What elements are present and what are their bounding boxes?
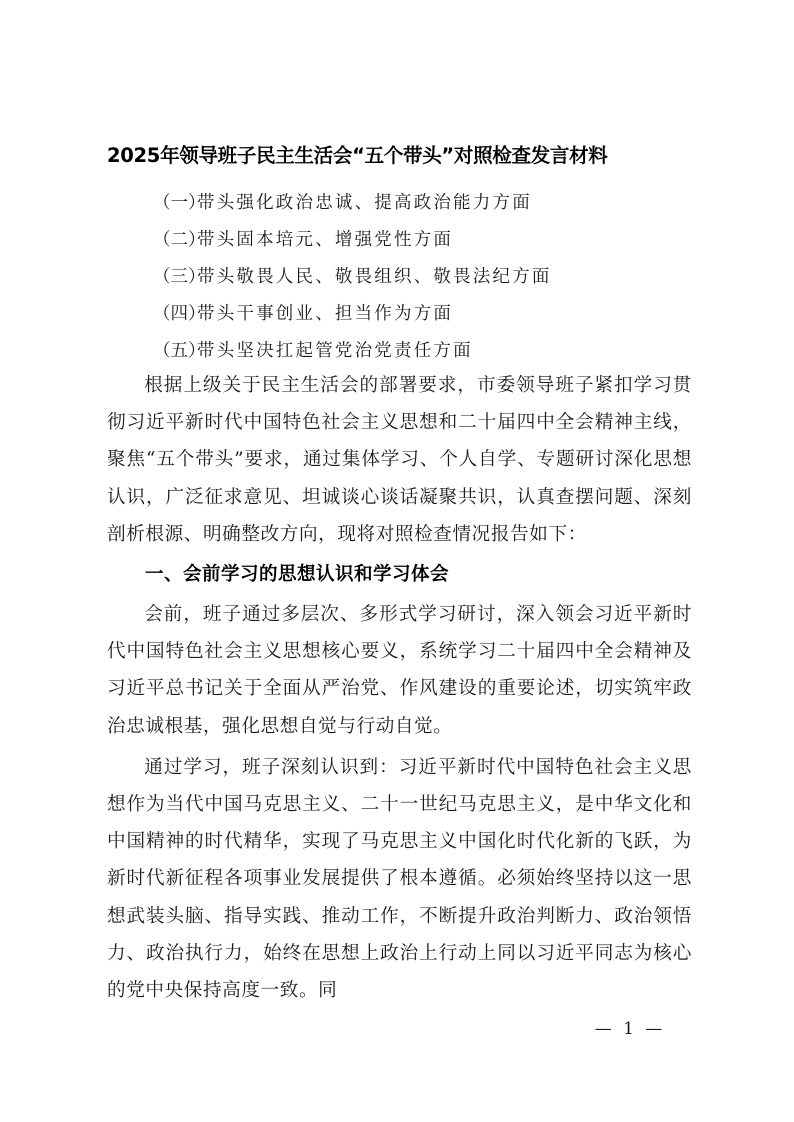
outline-item-text: 带头强化政治忠诚、提高政治能力方面 xyxy=(197,193,532,213)
document-title: 2025年领导班子民主生活会“五个带头”对照检查发言材料 xyxy=(107,142,707,170)
outline-item: （三）带头敬畏人民、敬畏组织、敬畏法纪方面 xyxy=(153,263,693,300)
outline-item-number: （二） xyxy=(153,226,197,254)
intro-section: 根据上级关于民主生活会的部署要求，市委领导班子紧扣学习贯彻习近平新时代中国特色社… xyxy=(107,367,692,553)
outline-item-number: （五） xyxy=(153,337,197,365)
section-body: 会前，班子通过多层次、多形式学习研讨，深入领会习近平新时代中国特色社会主义思想核… xyxy=(107,596,692,1009)
outline-list: （一）带头强化政治忠诚、提高政治能力方面 （二）带头固本培元、增强党性方面 （三… xyxy=(153,189,693,374)
outline-item-number: （三） xyxy=(153,263,197,291)
outline-item: （二）带头固本培元、增强党性方面 xyxy=(153,226,693,263)
outline-item-number: （一） xyxy=(153,189,197,217)
outline-item-text: 带头干事创业、担当作为方面 xyxy=(197,304,453,324)
outline-item: （四）带头干事创业、担当作为方面 xyxy=(153,300,693,337)
outline-item-text: 带头敬畏人民、敬畏组织、敬畏法纪方面 xyxy=(197,267,552,287)
outline-item-text: 带头固本培元、增强党性方面 xyxy=(197,230,453,250)
outline-item-text: 带头坚决扛起管党治党责任方面 xyxy=(197,341,473,361)
document-page: 2025年领导班子民主生活会“五个带头”对照检查发言材料 （一）带头强化政治忠诚… xyxy=(0,0,794,1122)
body-paragraph: 通过学习，班子深刻认识到：习近平新时代中国特色社会主义思想作为当代中国马克思主义… xyxy=(107,749,692,1009)
section-heading: 一、会前学习的思想认识和学习体会 xyxy=(145,560,449,590)
outline-item-number: （四） xyxy=(153,300,197,328)
intro-paragraph: 根据上级关于民主生活会的部署要求，市委领导班子紧扣学习贯彻习近平新时代中国特色社… xyxy=(107,367,692,553)
body-paragraph: 会前，班子通过多层次、多形式学习研讨，深入领会习近平新时代中国特色社会主义思想核… xyxy=(107,596,692,745)
page-number: — 1 — xyxy=(590,1016,670,1042)
outline-item: （一）带头强化政治忠诚、提高政治能力方面 xyxy=(153,189,693,226)
